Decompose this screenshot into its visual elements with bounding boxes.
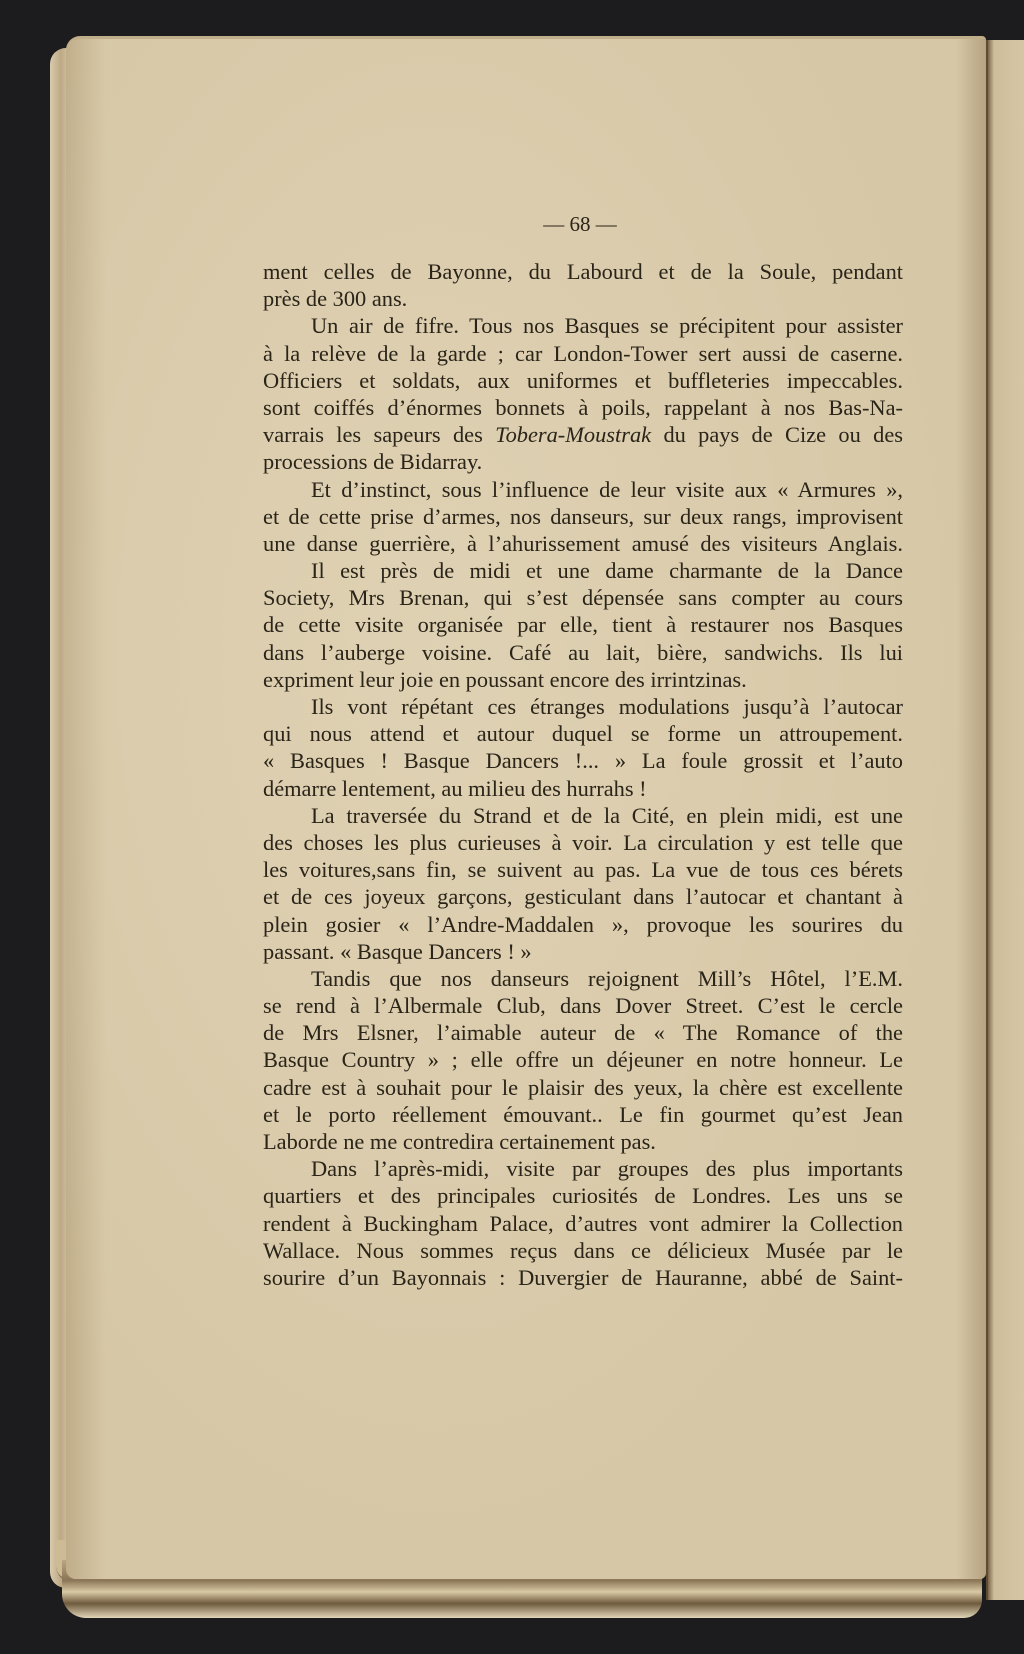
text-line: Wallace. Nous sommes reçus dans ce délic…: [263, 1237, 903, 1264]
text-line: des choses les plus curieuses à voir. La…: [263, 829, 903, 856]
text-line: Et d’instinct, sous l’influence de leur …: [263, 476, 903, 503]
text-line: Officiers et soldats, aux uniformes et b…: [263, 367, 903, 394]
italic-title: Tobera-Moustrak: [495, 422, 651, 447]
text-line-with-italic: varrais les sapeurs des Tobera-Moustrak …: [263, 421, 903, 448]
text-line: La traversée du Strand et de la Cité, en…: [263, 802, 903, 829]
text-line: se rend à l’Albermale Club, dans Dover S…: [263, 992, 903, 1019]
text-line: Dans l’après-midi, visite par groupes de…: [263, 1155, 903, 1182]
text-line: qui nous attend et autour duquel se form…: [263, 720, 903, 747]
text-line: « Basques ! Basque Dancers !... » La fou…: [263, 747, 903, 774]
text-line-with-italic: de Mrs Elsner, l’aimable auteur de « The…: [263, 1019, 903, 1046]
text-line: ment celles de Bayonne, du Labourd et de…: [263, 258, 903, 285]
text-line: passant. « Basque Dancers ! »: [263, 938, 903, 965]
text-line: Society, Mrs Brenan, qui s’est dépensée …: [263, 584, 903, 611]
text-line: une danse guerrière, à l’ahurissement am…: [263, 530, 903, 557]
text-line: démarre lentement, au milieu des hurrahs…: [263, 775, 903, 802]
page-number: — 68 —: [505, 212, 655, 237]
facing-page-edge: [986, 40, 1024, 1600]
text-line: quartiers et des principales curiosités …: [263, 1182, 903, 1209]
text-line: et de cette prise d’armes, nos danseurs,…: [263, 503, 903, 530]
text-line: sourire d’un Bayonnais : Duvergier de Ha…: [263, 1264, 903, 1291]
text-line: et de ces joyeux garçons, gesticulant da…: [263, 883, 903, 910]
text-line: Il est près de midi et une dame charmant…: [263, 557, 903, 584]
text-line: de cette visite organisée par elle, tien…: [263, 611, 903, 638]
text-line: rendent à Buckingham Palace, d’autres vo…: [263, 1210, 903, 1237]
text-line: sont coiffés d’énormes bonnets à poils, …: [263, 394, 903, 421]
text-line: près de 300 ans.: [263, 285, 903, 312]
text-line: processions de Bidarray.: [263, 448, 903, 475]
text-line: cadre est à souhait pour le plaisir des …: [263, 1074, 903, 1101]
text-line: Ils vont répétant ces étranges modulatio…: [263, 693, 903, 720]
text-line: Un air de fifre. Tous nos Basques se pré…: [263, 312, 903, 339]
text-line: expriment leur joie en poussant encore d…: [263, 666, 903, 693]
text-line: à la relève de la garde ; car London-Tow…: [263, 340, 903, 367]
text-line: Tandis que nos danseurs rejoignent Mill’…: [263, 965, 903, 992]
text-line: Laborde ne me contredira certainement pa…: [263, 1128, 903, 1155]
body-text: ment celles de Bayonne, du Labourd et de…: [263, 258, 903, 1291]
text-line: dans l’auberge voisine. Café au lait, bi…: [263, 639, 903, 666]
text-line: et le porto réellement émouvant.. Le fin…: [263, 1101, 903, 1128]
text-line-with-italic: Basque Country » ; elle offre un déjeune…: [263, 1046, 903, 1073]
text-line: plein gosier « l’Andre-Maddalen », provo…: [263, 911, 903, 938]
text-line: les voitures,sans fin, se suivent au pas…: [263, 856, 903, 883]
